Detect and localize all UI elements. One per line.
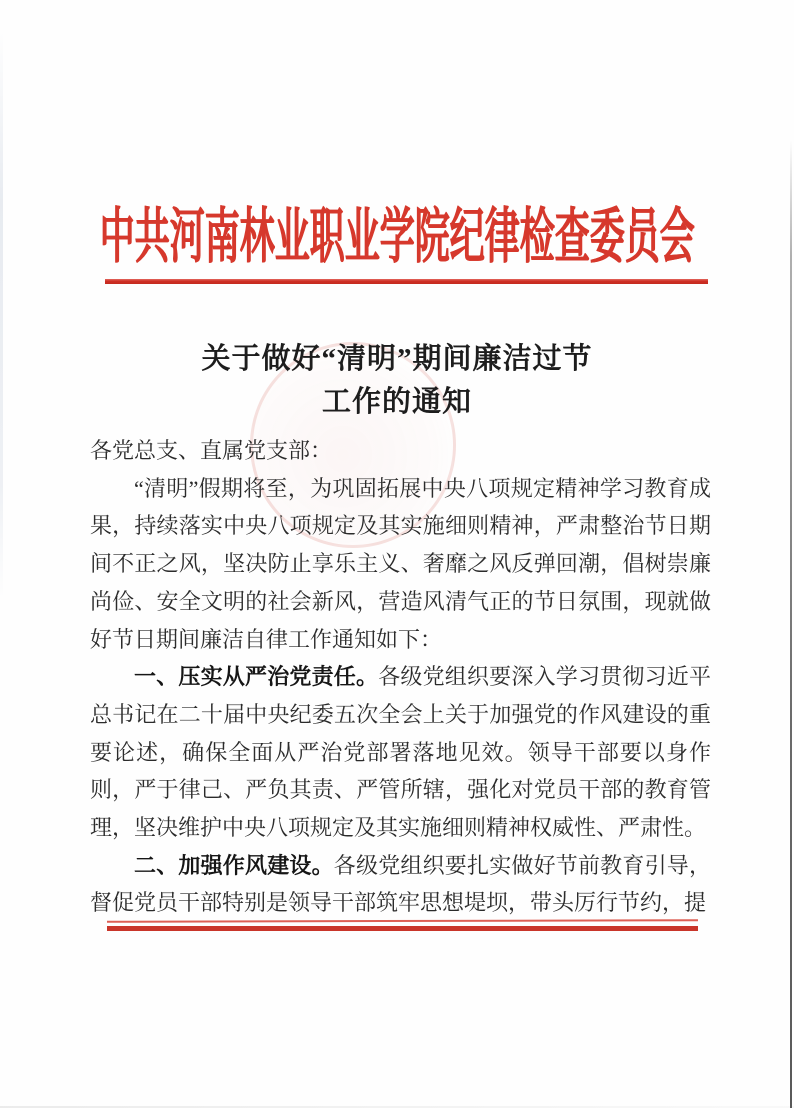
document-title-line1: 关于做好“清明”期间廉洁过节: [0, 338, 794, 381]
letterhead-issuer-text: 中共河南林业职业学院纪律检查委员会: [99, 190, 694, 276]
bottom-rule-thin: [107, 919, 698, 923]
document-page: 中共河南林业职业学院纪律检查委员会 关于做好“清明”期间廉洁过节 工作的通知 各…: [0, 0, 794, 1108]
scan-edge-left: [0, 30, 3, 600]
body-paragraph: “清明”假期将至，为巩固拓展中央八项规定精神学习教育成果，持续落实中央八项规定及…: [90, 470, 711, 659]
paragraph-lead: 一、压实从严治党责任。: [134, 664, 378, 689]
letterhead: 中共河南林业职业学院纪律检查委员会: [0, 194, 794, 272]
document-body: 各党总支、直属党支部： “清明”假期将至，为巩固拓展中央八项规定精神学习教育成果…: [90, 432, 711, 922]
document-title-line2: 工作的通知: [0, 381, 794, 424]
bottom-rule-thick: [107, 926, 698, 931]
document-title: 关于做好“清明”期间廉洁过节 工作的通知: [0, 338, 794, 424]
body-paragraph: 二、加强作风建设。各级党组织要扎实做好节前教育引导，督促党员干部特别是领导干部筑…: [90, 847, 711, 922]
salutation: 各党总支、直属党支部：: [90, 432, 711, 470]
scan-edge-right: [790, 140, 792, 1108]
paragraph-lead: 二、加强作风建设。: [134, 853, 334, 878]
body-paragraph: 一、压实从严治党责任。各级党组织要深入学习贯彻习近平总书记在二十届中央纪委五次全…: [90, 658, 711, 847]
letterhead-rule: [105, 279, 708, 284]
body-paragraphs: “清明”假期将至，为巩固拓展中央八项规定精神学习教育成果，持续落实中央八项规定及…: [90, 470, 711, 922]
